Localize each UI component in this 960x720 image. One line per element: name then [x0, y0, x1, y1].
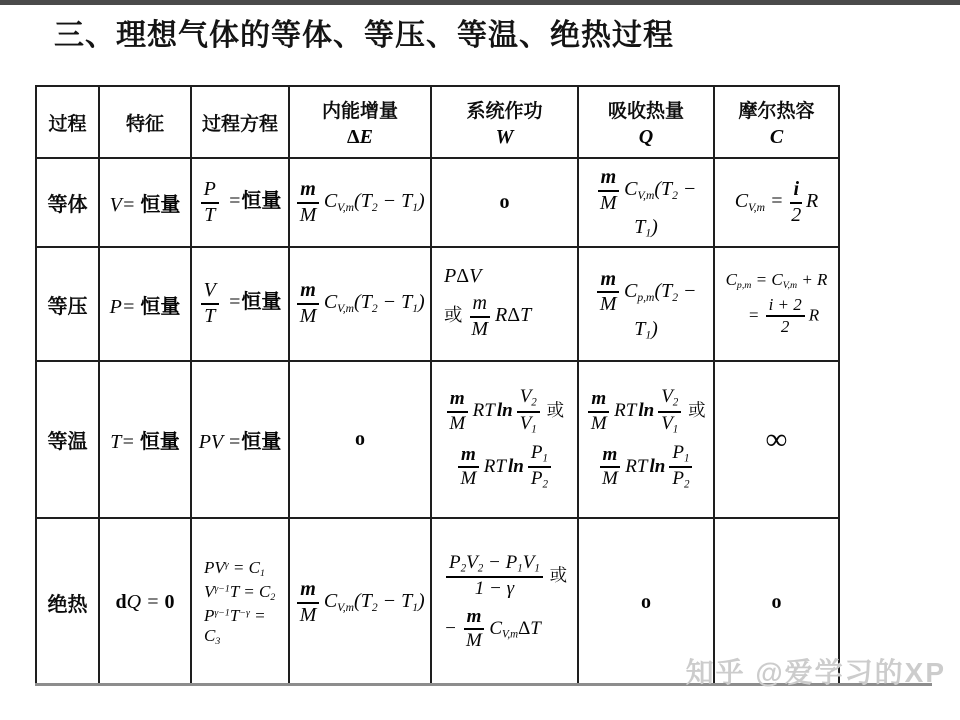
fraction: mM: [297, 179, 319, 226]
fraction: mM: [464, 607, 485, 652]
header-symbol: W: [435, 126, 574, 149]
fraction: mM: [470, 293, 490, 340]
cell-等温-delta_e: o: [289, 361, 431, 518]
fraction: V2V1: [658, 387, 681, 436]
process-label: 等温: [36, 361, 99, 518]
formula-line: mMCV,m(T2 − T1): [293, 278, 427, 329]
table-row-等压: 等压P= 恒量VT =恒量mMCV,m(T2 − T1)PΔV或 mMRΔTmM…: [36, 247, 839, 361]
cell-等压-heat: mMCp,m(T2 − T1): [578, 247, 714, 361]
cell-等温-equation: PV =恒量: [191, 361, 289, 518]
table-row-等体: 等体V= 恒量PT =恒量mMCV,m(T2 − T1)omMCV,m(T2 −…: [36, 158, 839, 247]
cell-绝热-work: P2V2 − P1V11 − γ 或− mMCV,mΔT: [431, 518, 578, 686]
cell-等体-work: o: [431, 158, 578, 247]
cell-等体-capacity: CV,m = i2R: [714, 158, 839, 247]
header-label: 特征: [103, 109, 187, 136]
formula-line: mMCp,m(T2 − T1): [582, 267, 710, 342]
fraction: mM: [297, 280, 319, 327]
cell-等压-work: PΔV或 mMRΔT: [431, 247, 578, 361]
fraction: i + 22: [766, 296, 805, 337]
cell-绝热-equation: PVγ = C1Vγ−1T = C2Pγ−1T−γ = C3: [191, 518, 289, 686]
fraction: mM: [588, 389, 609, 434]
process-label: 等压: [36, 247, 99, 361]
cell-等体-feature: V= 恒量: [99, 158, 191, 247]
header-cell-3: 内能增量ΔE: [289, 86, 431, 158]
formula-line: PVγ = C1: [204, 558, 285, 579]
cell-绝热-feature: dQ = 0: [99, 518, 191, 686]
gas-process-table: 过程特征过程方程内能增量ΔE系统作功W吸收热量Q摩尔热容C等体V= 恒量PT =…: [35, 85, 840, 686]
formula-line: PV =恒量: [195, 425, 285, 454]
fraction: PT: [201, 179, 219, 226]
formula-line: PΔV: [444, 265, 574, 288]
header-cell-1: 特征: [99, 86, 191, 158]
gas-process-table-container: 过程特征过程方程内能增量ΔE系统作功W吸收热量Q摩尔热容C等体V= 恒量PT =…: [35, 85, 840, 686]
cell-等压-capacity: Cp,m = CV,m + R= i + 22R: [714, 247, 839, 361]
table-row-等温: 等温T= 恒量PV =恒量omMRTlnV2V1 或mMRTlnP1P2mMRT…: [36, 361, 839, 518]
header-symbol: C: [718, 126, 835, 149]
fraction: V2V1: [517, 387, 540, 436]
cell-等压-feature: P= 恒量: [99, 247, 191, 361]
formula-line: o: [718, 591, 835, 614]
formula-line: mMRTlnP1P2: [582, 441, 710, 494]
header-label: 内能增量: [293, 96, 427, 123]
cell-等压-equation: VT =恒量: [191, 247, 289, 361]
fraction: P1P2: [669, 443, 692, 492]
formula-line: Vγ−1T = C2: [204, 582, 285, 603]
cell-等体-delta_e: mMCV,m(T2 − T1): [289, 158, 431, 247]
formula-line: o: [435, 191, 574, 214]
cell-等体-heat: mMCV,m(T2 − T1): [578, 158, 714, 247]
header-cell-6: 摩尔热容C: [714, 86, 839, 158]
formula-line: mMRTlnV2V1 或: [435, 385, 574, 438]
header-label: 吸收热量: [582, 96, 710, 123]
fraction: mM: [447, 389, 468, 434]
header-label: 过程: [40, 109, 95, 136]
formula-line: mMRTlnP1P2: [435, 441, 574, 494]
formula-line: Pγ−1T−γ = C3: [204, 606, 285, 647]
header-cell-0: 过程: [36, 86, 99, 158]
header-symbol: Q: [582, 126, 710, 149]
formula-line: mMCV,m(T2 − T1): [293, 577, 427, 628]
formula-line: o: [293, 428, 427, 451]
header-label: 过程方程: [195, 109, 285, 136]
formula-line: P2V2 − P1V11 − γ 或: [444, 551, 574, 602]
formula-line: 或 mMRΔT: [444, 291, 574, 342]
process-label: 绝热: [36, 518, 99, 686]
header-label: 摩尔热容: [718, 96, 835, 123]
page-title: 三、理想气体的等体、等压、等温、绝热过程: [54, 10, 674, 54]
header-cell-5: 吸收热量Q: [578, 86, 714, 158]
formula-line: PT =恒量: [195, 177, 285, 228]
fraction: mM: [600, 445, 621, 490]
formula-line: Cp,m = CV,m + R: [718, 270, 835, 291]
cell-等温-feature: T= 恒量: [99, 361, 191, 518]
header-cell-4: 系统作功W: [431, 86, 578, 158]
cell-等温-capacity: ∞: [714, 361, 839, 518]
cell-等体-equation: PT =恒量: [191, 158, 289, 247]
formula-line: CV,m = i2R: [718, 177, 835, 228]
header-symbol: ΔE: [293, 126, 427, 149]
formula-line: mMCV,m(T2 − T1): [293, 177, 427, 228]
fraction: mM: [598, 167, 620, 214]
formula-line: dQ = 0: [103, 591, 187, 614]
cell-等压-delta_e: mMCV,m(T2 − T1): [289, 247, 431, 361]
process-label: 等体: [36, 158, 99, 247]
formula-line: P= 恒量: [103, 290, 187, 319]
fraction: i2: [790, 179, 802, 226]
formula-line: = i + 22R: [718, 294, 835, 339]
fraction: VT: [201, 280, 219, 327]
formula-line: T= 恒量: [103, 425, 187, 454]
header-label: 系统作功: [435, 96, 574, 123]
cell-等温-heat: mMRTlnV2V1 或mMRTlnP1P2: [578, 361, 714, 518]
formula-line: − mMCV,mΔT: [444, 605, 574, 654]
top-border-strip: [0, 0, 960, 5]
cell-绝热-delta_e: mMCV,m(T2 − T1): [289, 518, 431, 686]
fraction: P2V2 − P1V11 − γ: [446, 553, 543, 600]
header-cell-2: 过程方程: [191, 86, 289, 158]
formula-line: V= 恒量: [103, 188, 187, 217]
watermark: 知乎 @爱学习的XP: [686, 651, 946, 691]
cell-等温-work: mMRTlnV2V1 或mMRTlnP1P2: [431, 361, 578, 518]
formula-line: VT =恒量: [195, 278, 285, 329]
fraction: mM: [597, 269, 619, 316]
formula-line: o: [582, 591, 710, 614]
fraction: P1P2: [528, 443, 551, 492]
formula-line: ∞: [718, 423, 835, 457]
fraction: mM: [458, 445, 479, 490]
formula-line: mMRTlnV2V1 或: [582, 385, 710, 438]
formula-line: mMCV,m(T2 − T1): [582, 165, 710, 240]
fraction: mM: [297, 579, 319, 626]
